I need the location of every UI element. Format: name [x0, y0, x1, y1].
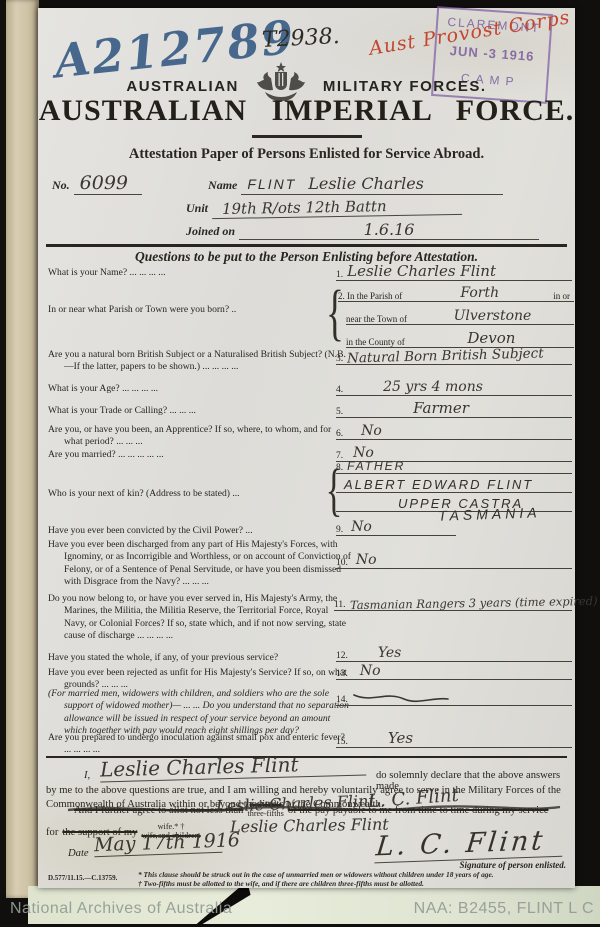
question-8: Who is your next of kin? (Address to be … — [48, 488, 334, 500]
answer-10: No — [356, 552, 377, 568]
answer-line-12: 12. Yes — [336, 642, 572, 662]
answer-13: No — [360, 663, 381, 679]
question-3: Are you a natural born British Subject o… — [48, 349, 350, 374]
answer-11: Tasmanian Rangers 3 years (time expired) — [349, 594, 597, 612]
attestation-paper: A212789 T2938. CLAREMONT JUN -3 1916 CAM… — [38, 8, 575, 888]
watermark-archives: National Archives of Australia — [10, 900, 232, 918]
surname-value: FLINT — [247, 176, 296, 192]
answer-5: Farmer — [413, 399, 469, 417]
dash-squiggle — [352, 689, 482, 705]
answer-9: No — [351, 519, 372, 535]
answer-line-5: 5. Farmer — [336, 396, 572, 418]
question-1: What is your Name? ... ... ... ... — [48, 267, 350, 279]
allotment-script-2: Leslie Charles Flint — [230, 815, 389, 837]
answer-line-3: 3. Natural Born British Subject — [336, 344, 572, 365]
header-left-text: AUSTRALIAN — [126, 78, 239, 95]
answer-8-name-line: ALBERT EDWARD FLINT — [336, 474, 572, 493]
answer-2-parish-line: 2. In the Parish of Forth in or — [338, 280, 574, 302]
page-title: AUSTRALIAN IMPERIAL FORCE. — [38, 94, 575, 128]
answer-num-3: 3. — [336, 354, 343, 364]
answer-line-13: 13. No — [336, 660, 572, 680]
given-names-value: Leslie Charles — [308, 174, 424, 193]
answer-3: Natural Born British Subject — [347, 345, 544, 366]
date-label: Date — [68, 848, 89, 859]
question-14: (For married men, widowers with children… — [48, 688, 352, 737]
joined-on-value: 1.6.16 — [239, 220, 539, 240]
answer-line-1: 1. Leslie Charles Flint — [336, 258, 572, 281]
answer-num-9: 9. — [336, 525, 343, 535]
answer-num-14: 14. — [336, 695, 348, 705]
declaration-i-label: I, — [84, 770, 90, 781]
question-9: Have you ever been convicted by the Civi… — [48, 525, 350, 537]
answer-num-6: 6. — [336, 429, 343, 439]
answer-2-town-line: near the Town of Ulverstone — [346, 302, 574, 325]
answer-1: Leslie Charles Flint — [347, 262, 496, 280]
form-reference: D.577/11.15.—C.13759. — [48, 874, 117, 882]
answer-6: No — [361, 423, 382, 439]
answer-num-5: 5. — [336, 407, 343, 417]
name-label: Name — [208, 178, 237, 192]
joined-on-label: Joined on — [186, 224, 235, 238]
answer-line-11: 11. Tasmanian Rangers 3 years (time expi… — [334, 590, 572, 611]
answer-8-relation-line: 8. FATHER — [336, 456, 572, 474]
parish-value: Forth — [406, 285, 553, 301]
footnote-dagger: † Two-fifths must be allotted to the wif… — [138, 878, 566, 889]
question-12: Have you stated the whole, if any, of yo… — [48, 652, 352, 664]
parish-suffix: in or — [553, 291, 570, 301]
question-7: Are you married? ... ... ... ... ... — [48, 449, 350, 461]
question-6: Are you, or have you been, an Apprentice… — [48, 424, 350, 449]
date-value: May 17th 1916 — [94, 830, 223, 857]
answer-line-4: 4. 25 yrs 4 mons — [336, 374, 572, 396]
answer-num-8: 8. — [336, 463, 343, 473]
title-underline — [252, 135, 362, 138]
question-10: Have you ever been discharged from any p… — [48, 539, 352, 588]
underlying-page-edge — [6, 0, 39, 898]
watermark-naa-reference: NAA: B2455, FLINT L C — [414, 900, 594, 918]
page-subtitle: Attestation Paper of Persons Enlisted fo… — [38, 146, 575, 163]
question-4: What is your Age? ... ... ... ... — [48, 383, 350, 395]
answer-line-6: 6. No — [336, 420, 572, 440]
town-value: Ulverstone — [411, 308, 574, 324]
answer-line-10: 10. No — [336, 549, 572, 569]
answer-num-13: 13. — [336, 669, 348, 679]
answer-line-15: 15. Yes — [336, 726, 572, 748]
unit-value: 19th R/ots 12th Battn — [212, 196, 462, 219]
parish-label: 2. In the Parish of — [338, 291, 402, 301]
town-label: near the Town of — [346, 314, 407, 324]
answer-num-11: 11. — [334, 600, 346, 610]
reference-number-handwritten: T2938. — [261, 24, 340, 53]
answer-num-15: 15. — [336, 737, 348, 747]
answer-num-10: 10. — [336, 558, 348, 568]
enlistee-signature: L. C. Flint — [374, 825, 565, 864]
answer-15: Yes — [388, 729, 413, 747]
section-divider — [46, 244, 567, 247]
answer-line-9: 9. No — [336, 516, 456, 536]
question-5: What is your Trade or Calling? ... ... .… — [48, 405, 350, 417]
kin-relation: FATHER — [347, 459, 405, 473]
answer-4: 25 yrs 4 mons — [383, 379, 483, 395]
header-right-text: MILITARY FORCES. — [323, 78, 487, 95]
question-11: Do you now belong to, or have you ever s… — [48, 593, 352, 642]
service-number-value: 6099 — [74, 172, 142, 195]
number-label: No. — [52, 178, 70, 192]
kin-name: ALBERT EDWARD FLINT — [344, 477, 533, 492]
answer-line-14: 14. — [336, 686, 572, 706]
answer-num-4: 4. — [336, 385, 343, 395]
answer-12: Yes — [378, 645, 402, 661]
question-2: In or near what Parish or Town were you … — [48, 304, 326, 316]
unit-label: Unit — [186, 201, 208, 215]
